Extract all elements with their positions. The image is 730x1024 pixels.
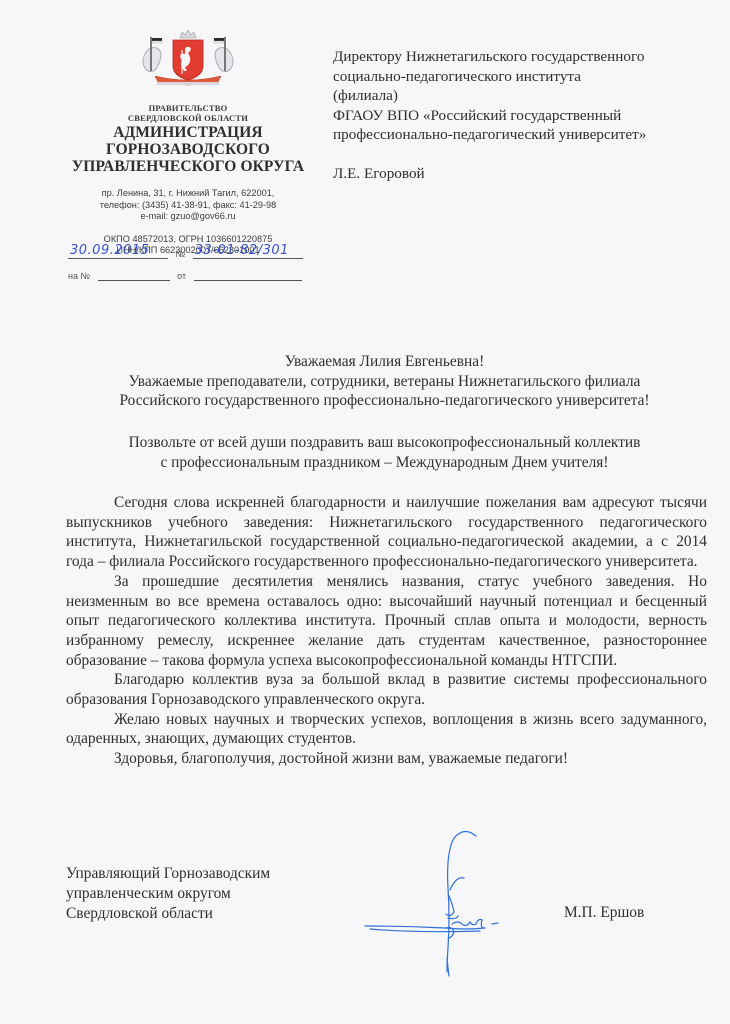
incoming-reference-row: на № от — [68, 266, 302, 281]
body-paragraph: Сегодня слова искренней благодарности и … — [66, 493, 707, 572]
greeting-line: Уважаемая Лилия Евгеньевна! — [62, 352, 707, 372]
number-field: 33-01-82/301 — [193, 244, 303, 259]
handwritten-signature-icon — [360, 828, 550, 978]
government-region-line: СВЕРДЛОВСКОЙ ОБЛАСТИ — [58, 113, 318, 123]
addressee-line: ФГАОУ ВПО «Российский государственный — [333, 106, 713, 126]
addressee-line: социально-педагогического института — [333, 67, 713, 87]
letter-page: ПРАВИТЕЛЬСТВО СВЕРДЛОВСКОЙ ОБЛАСТИ АДМИН… — [0, 0, 730, 1024]
greeting-line: Российского государственного профессиона… — [62, 391, 707, 411]
addressee-name: Л.Е. Егоровой — [333, 164, 713, 184]
in-reply-number-field — [98, 266, 170, 281]
congratulation-line: Позвольте от всей души поздравить ваш вы… — [62, 433, 707, 453]
greeting-line: Уважаемые преподаватели, сотрудники, вет… — [62, 372, 707, 392]
phone-text: телефон: (3435) 41-38-91, факс: 41-29-98 — [58, 200, 318, 212]
outgoing-reference-row: 30.09.2015 № 33-01-82/301 — [68, 244, 303, 259]
body-paragraph: Благодарю коллектив вуза за большой вкла… — [66, 670, 707, 709]
addressee-block: Директору Нижнетагильского государственн… — [333, 47, 713, 184]
addressee-line: профессионально-педагогический университ… — [333, 125, 713, 145]
signatory-title-line: управленческим округом — [66, 884, 270, 904]
congratulation-block: Позвольте от всей души поздравить ваш вы… — [62, 433, 707, 473]
body-paragraph: Здоровья, благополучия, достойной жизни … — [66, 749, 707, 769]
admin-title-line3: УПРАВЛЕНЧЕСКОГО ОКРУГА — [58, 158, 318, 175]
signatory-name: М.П. Ершов — [564, 904, 644, 922]
signatory-title: Управляющий Горнозаводским управленчески… — [66, 864, 270, 924]
signatory-title-line: Свердловской области — [66, 904, 270, 924]
from-label: от — [177, 271, 186, 281]
number-label: № — [176, 249, 186, 259]
date-handwritten: 30.09.2015 — [70, 243, 149, 258]
addressee-line: (филиала) — [333, 86, 713, 106]
body-paragraph: Желаю новых научных и творческих успехов… — [66, 710, 707, 749]
address-text: пр. Ленина, 31, г. Нижний Тагил, 622001, — [58, 188, 318, 200]
greeting-block: Уважаемая Лилия Евгеньевна! Уважаемые пр… — [62, 352, 707, 411]
body-paragraph: За прошедшие десятилетия менялись назван… — [66, 572, 707, 671]
addressee-line: Директору Нижнетагильского государственн… — [333, 47, 713, 67]
letter-body: Сегодня слова искренней благодарности и … — [66, 493, 707, 769]
admin-title-line2: ГОРНОЗАВОДСКОГО — [58, 141, 318, 158]
admin-title-line1: АДМИНИСТРАЦИЯ — [58, 124, 318, 141]
email-text: e-mail: gzuo@gov66.ru — [58, 211, 318, 223]
government-line: ПРАВИТЕЛЬСТВО — [58, 103, 318, 113]
congratulation-line: с профессиональным праздником – Междунар… — [62, 453, 707, 473]
date-field: 30.09.2015 — [68, 244, 168, 259]
coat-of-arms-icon — [133, 24, 243, 90]
number-handwritten: 33-01-82/301 — [195, 243, 289, 258]
signatory-title-line: Управляющий Горнозаводским — [66, 864, 270, 884]
in-reply-label: на № — [68, 271, 90, 281]
letterhead: ПРАВИТЕЛЬСТВО СВЕРДЛОВСКОЙ ОБЛАСТИ АДМИН… — [58, 24, 318, 257]
in-reply-date-field — [194, 266, 302, 281]
